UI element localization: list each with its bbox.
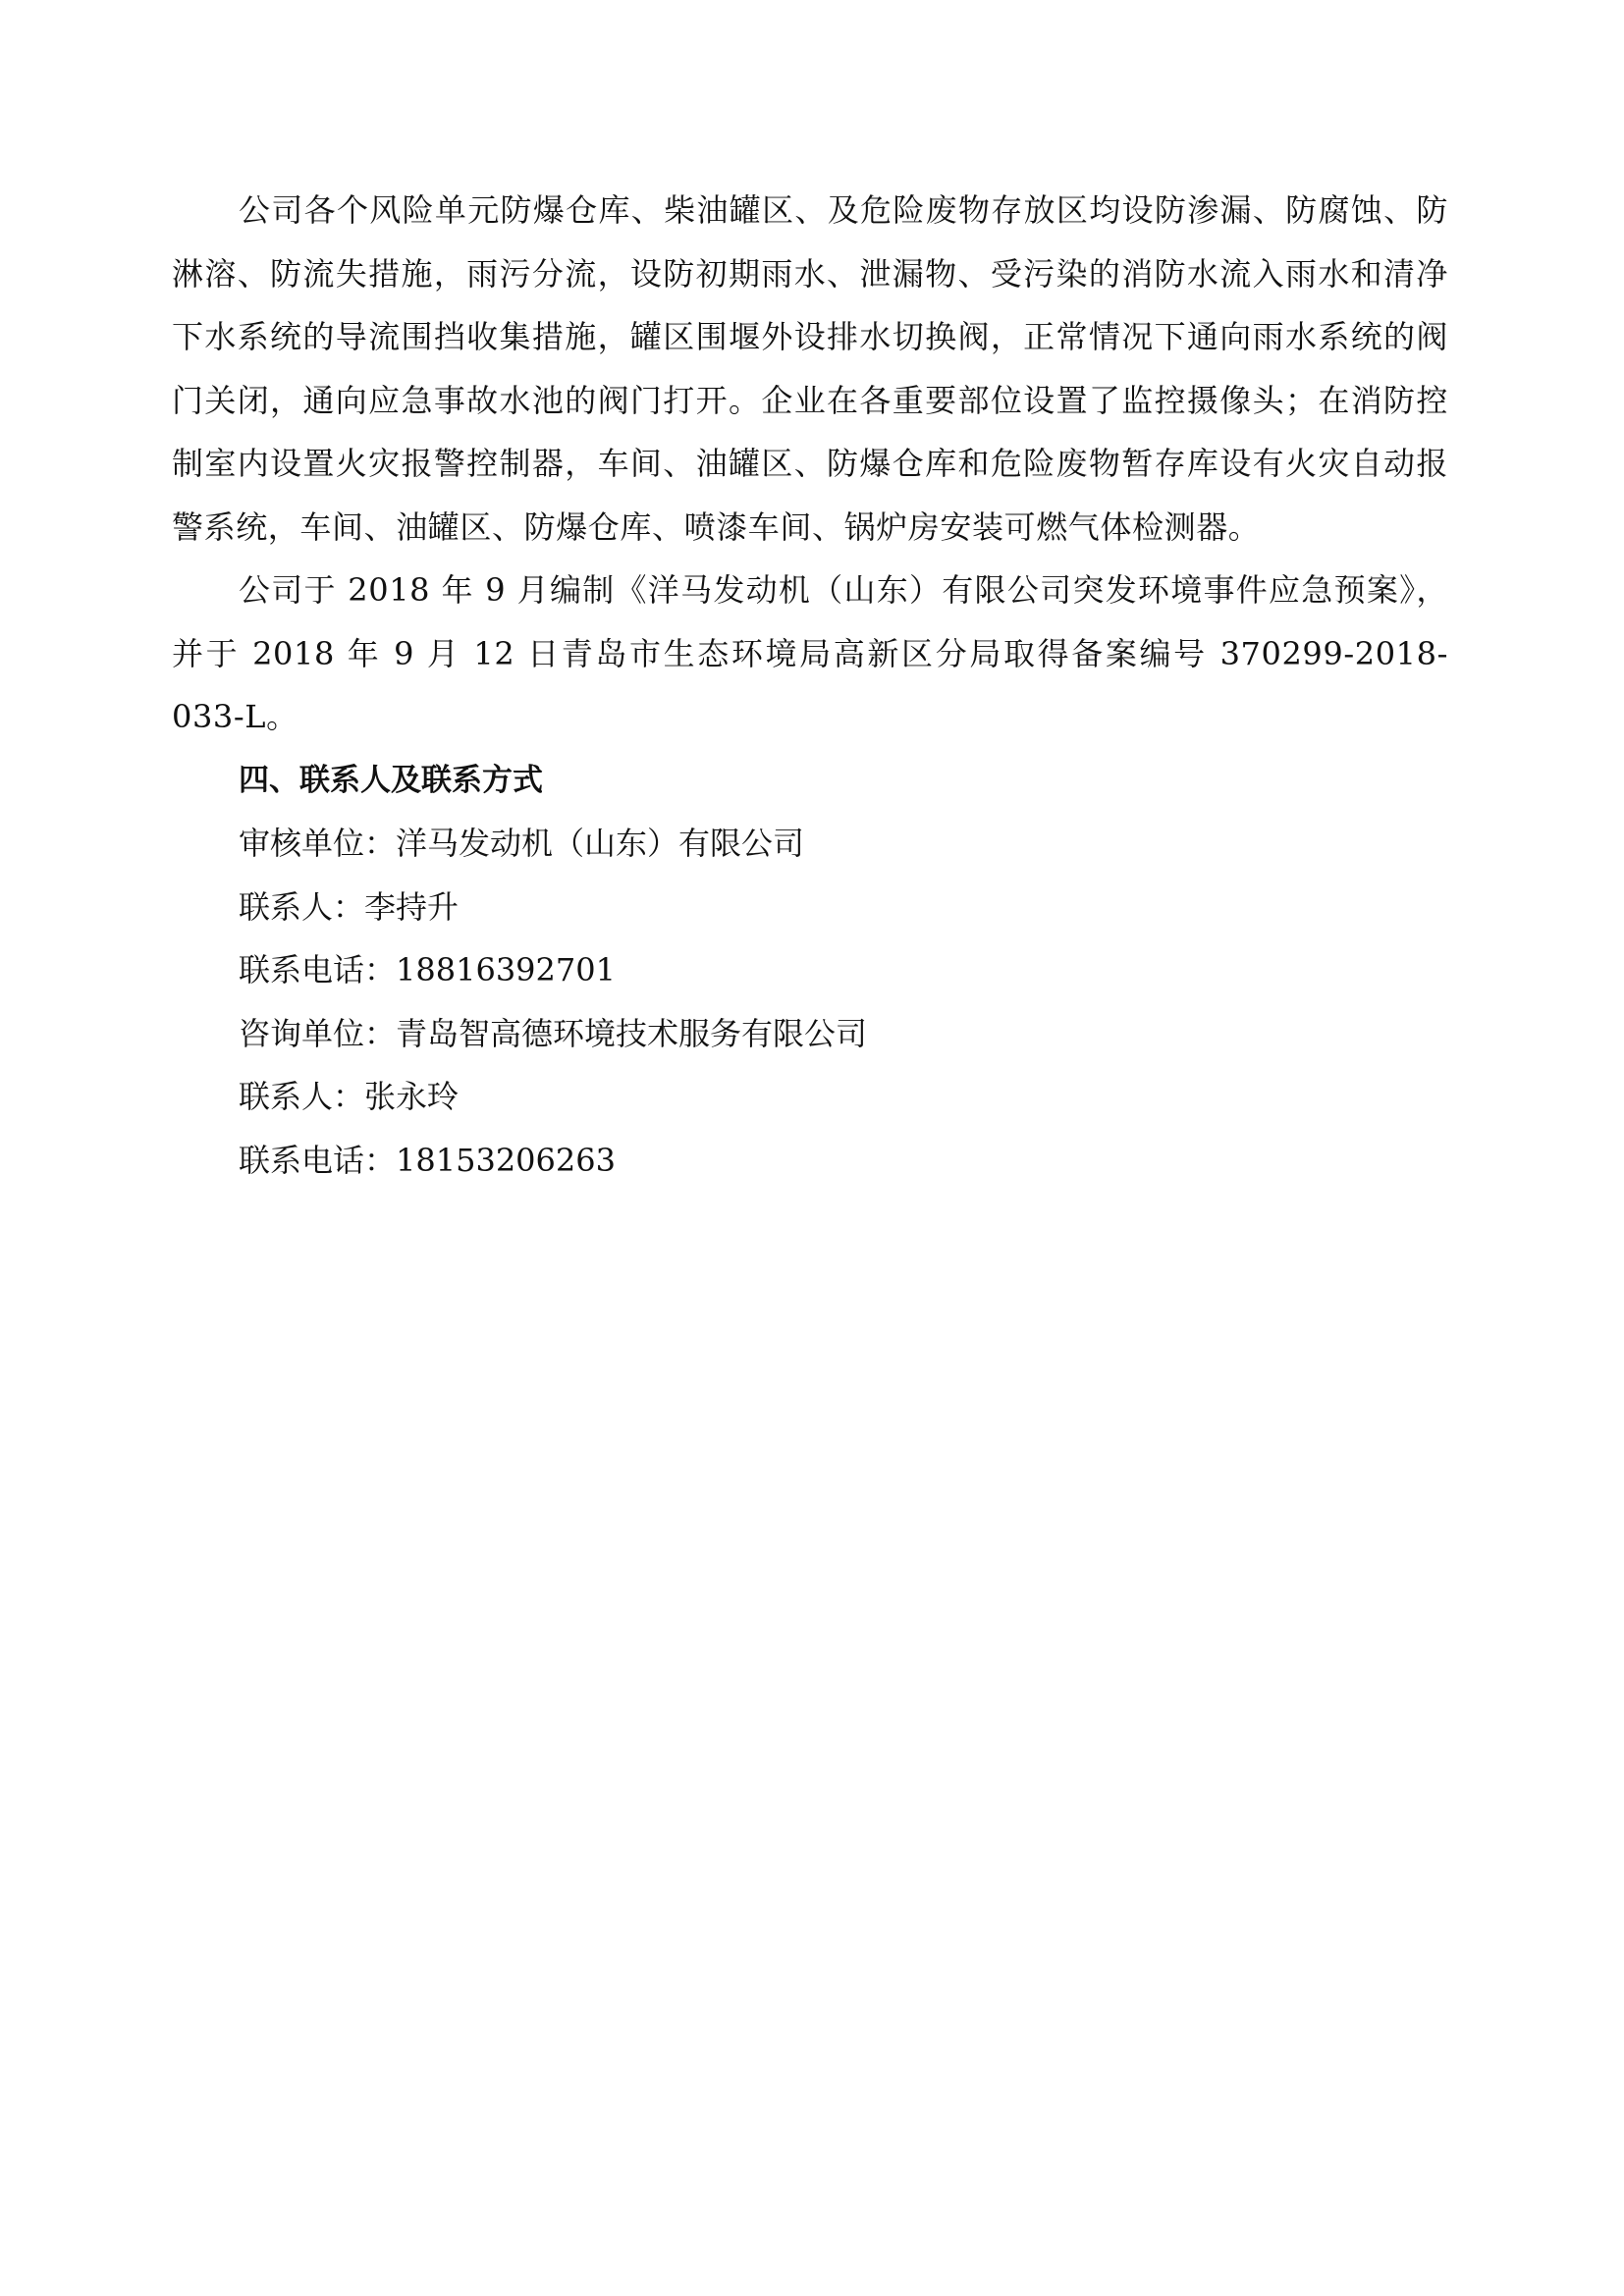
contact-label: 联系人： bbox=[239, 888, 364, 926]
contact-label: 联系人： bbox=[239, 1078, 364, 1115]
contact-value: 18153206263 bbox=[396, 1142, 616, 1179]
contact-consult-unit: 咨询单位：青岛智高德环境技术服务有限公司 bbox=[172, 1002, 1448, 1066]
section-heading-contacts: 四、联系人及联系方式 bbox=[172, 749, 1448, 813]
contact-value: 张永玲 bbox=[364, 1078, 459, 1115]
contact-review-phone: 联系电话：18816392701 bbox=[172, 938, 1448, 1002]
document-page: 公司各个风险单元防爆仓库、柴油罐区、及危险废物存放区均设防渗漏、防腐蚀、防淋溶、… bbox=[172, 179, 1448, 1192]
paragraph-emergency-plan: 公司于 2018 年 9 月编制《洋马发动机（山东）有限公司突发环境事件应急预案… bbox=[172, 559, 1448, 749]
contact-review-unit: 审核单位：洋马发动机（山东）有限公司 bbox=[172, 812, 1448, 876]
contact-list: 审核单位：洋马发动机（山东）有限公司 联系人：李持升 联系电话：18816392… bbox=[172, 812, 1448, 1192]
contact-value: 李持升 bbox=[364, 888, 459, 926]
contact-consult-phone: 联系电话：18153206263 bbox=[172, 1129, 1448, 1193]
contact-value: 18816392701 bbox=[396, 951, 616, 988]
contact-label: 联系电话： bbox=[239, 951, 396, 988]
contact-label: 联系电话： bbox=[239, 1142, 396, 1179]
contact-consult-person: 联系人：张永玲 bbox=[172, 1065, 1448, 1129]
contact-value: 洋马发动机（山东）有限公司 bbox=[396, 825, 804, 862]
contact-label: 咨询单位： bbox=[239, 1015, 396, 1052]
paragraph-risk-measures: 公司各个风险单元防爆仓库、柴油罐区、及危险废物存放区均设防渗漏、防腐蚀、防淋溶、… bbox=[172, 179, 1448, 559]
contact-review-person: 联系人：李持升 bbox=[172, 876, 1448, 939]
contact-value: 青岛智高德环境技术服务有限公司 bbox=[396, 1015, 867, 1052]
contact-label: 审核单位： bbox=[239, 825, 396, 862]
